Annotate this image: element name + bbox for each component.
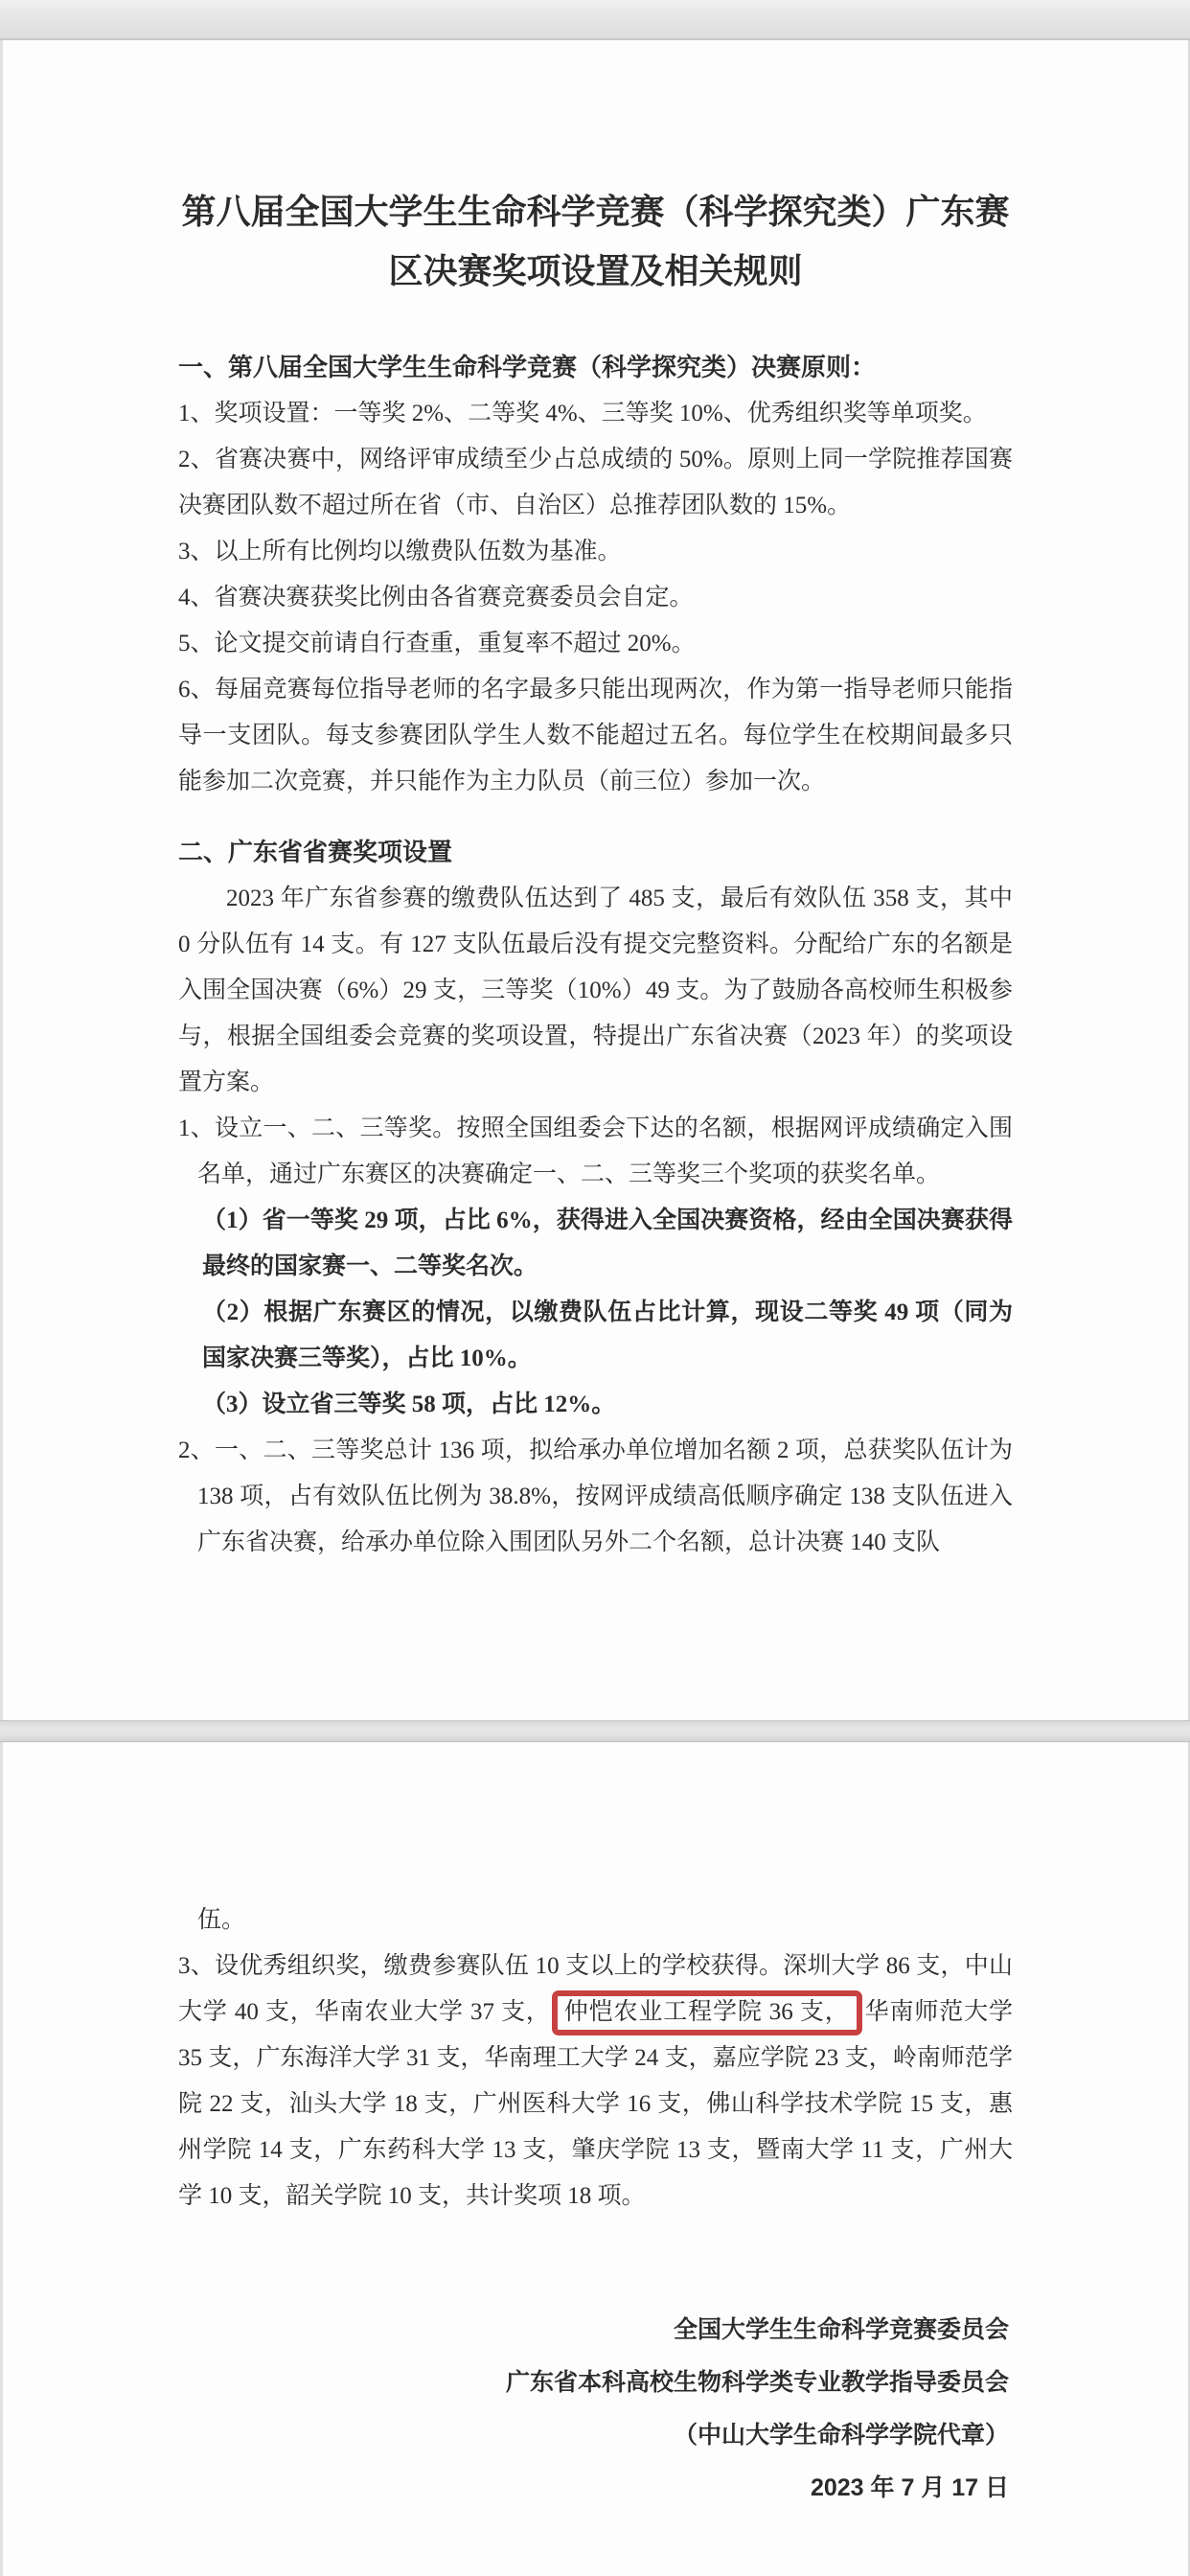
award-item-3: 3、设优秀组织奖，缴费参赛队伍 10 支以上的学校获得。深圳大学 86 支，中山… <box>178 1943 1013 2219</box>
rule-item-5: 5、论文提交前请自行查重，重复率不超过 20%。 <box>178 621 1013 667</box>
rule-item-4: 4、省赛决赛获奖比例由各省赛竞赛委员会自定。 <box>178 575 1013 621</box>
award-item-2: 2、一、二、三等奖总计 136 项，拟给承办单位增加名额 2 项，总获奖队伍计为… <box>197 1428 1013 1566</box>
signature-committee-national: 全国大学生生命科学竞赛委员会 <box>178 2304 1009 2357</box>
document-page-2: 伍。 3、设优秀组织奖，缴费参赛队伍 10 支以上的学校获得。深圳大学 86 支… <box>0 1742 1190 2576</box>
rule-item-1: 1、奖项设置：一等奖 2%、二等奖 4%、三等奖 10%、优秀组织奖等单项奖。 <box>178 391 1013 437</box>
award-item-1: 1、设立一、二、三等奖。按照全国组委会下达的名额，根据网评成绩确定入围名单，通过… <box>197 1106 1013 1198</box>
photographed-document: 第八届全国大学生生命科学竞赛（科学探究类）广东赛区决赛奖项设置及相关规则 一、第… <box>0 0 1190 2576</box>
background-band-top <box>0 0 1190 40</box>
document-page-1: 第八届全国大学生生命科学竞赛（科学探究类）广东赛区决赛奖项设置及相关规则 一、第… <box>0 40 1190 1720</box>
rule-item-3: 3、以上所有比例均以缴费队伍数为基准。 <box>178 529 1013 575</box>
rule-item-2: 2、省赛决赛中，网络评审成绩至少占总成绩的 50%。原则上同一学院推荐国赛决赛团… <box>178 437 1013 529</box>
award-sub-item-3: （3）设立省三等奖 58 项，占比 12%。 <box>202 1382 1013 1428</box>
rule-item-6: 6、每届竞赛每位指导老师的名字最多只能出现两次，作为第一指导老师只能指导一支团队… <box>178 667 1013 805</box>
section-two-heading: 二、广东省省赛奖项设置 <box>178 830 1013 876</box>
document-title: 第八届全国大学生生命科学竞赛（科学探究类）广东赛区决赛奖项设置及相关规则 <box>178 182 1013 301</box>
signature-seal-note: （中山大学生命科学学院代章） <box>178 2409 1009 2462</box>
signature-committee-guangdong: 广东省本科高校生物科学类专业教学指导委员会 <box>178 2357 1009 2409</box>
section-two-intro: 2023 年广东省参赛的缴费队伍达到了 485 支，最后有效队伍 358 支，其… <box>178 876 1013 1106</box>
award-sub-item-2: （2）根据广东赛区的情况，以缴费队伍占比计算，现设二等奖 49 项（同为国家决赛… <box>202 1290 1013 1382</box>
highlighted-school-box: 仲恺农业工程学院 36 支， <box>552 1990 862 2035</box>
section-one-heading: 一、第八届全国大学生生命科学竞赛（科学探究类）决赛原则： <box>178 345 1013 391</box>
page-separator-band <box>0 1720 1190 1742</box>
signature-block: 全国大学生生命科学竞赛委员会 广东省本科高校生物科学类专业教学指导委员会 （中山… <box>178 2304 1013 2515</box>
signature-date: 2023 年 7 月 17 日 <box>178 2462 1009 2515</box>
award-sub-item-1: （1）省一等奖 29 项，占比 6%，获得进入全国决赛资格，经由全国决赛获得最终… <box>202 1198 1013 1290</box>
carryover-text: 伍。 <box>197 1897 1013 1943</box>
